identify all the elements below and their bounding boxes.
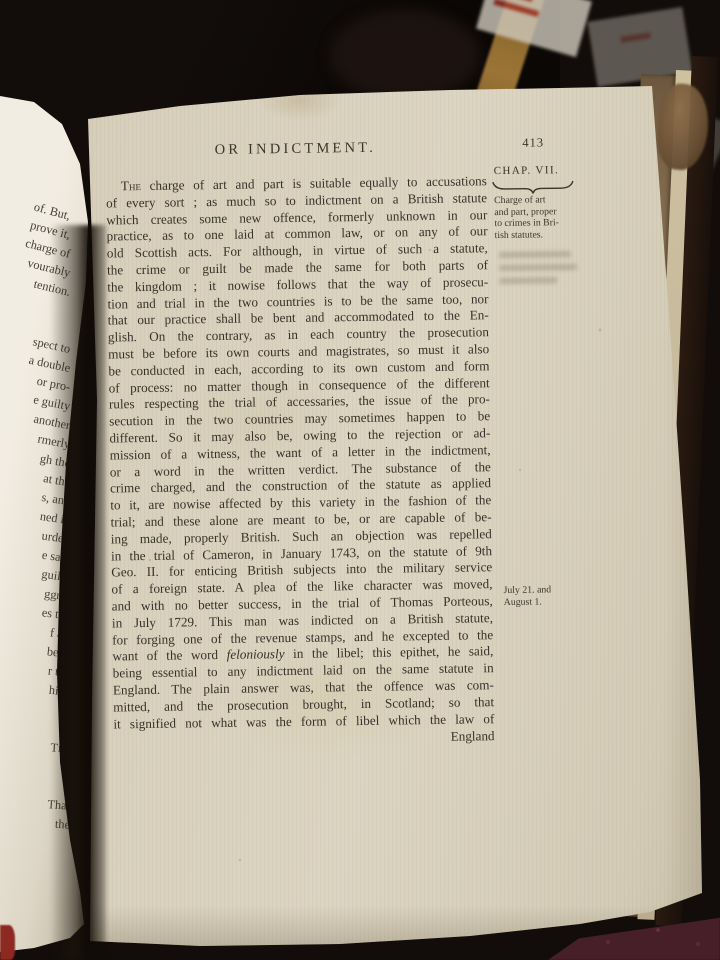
book-photo-scene: of. But,prove it,charge ofvourablytentio… [0,0,720,960]
page-lighting-shade [0,0,720,960]
book-page: OR INDICTMENT. 413 CHAP. VII. Charge of … [0,0,720,960]
background-shadow-blob [330,10,480,100]
gutter-crease-shadow [50,225,106,960]
carpet-bottom-left [0,925,15,960]
